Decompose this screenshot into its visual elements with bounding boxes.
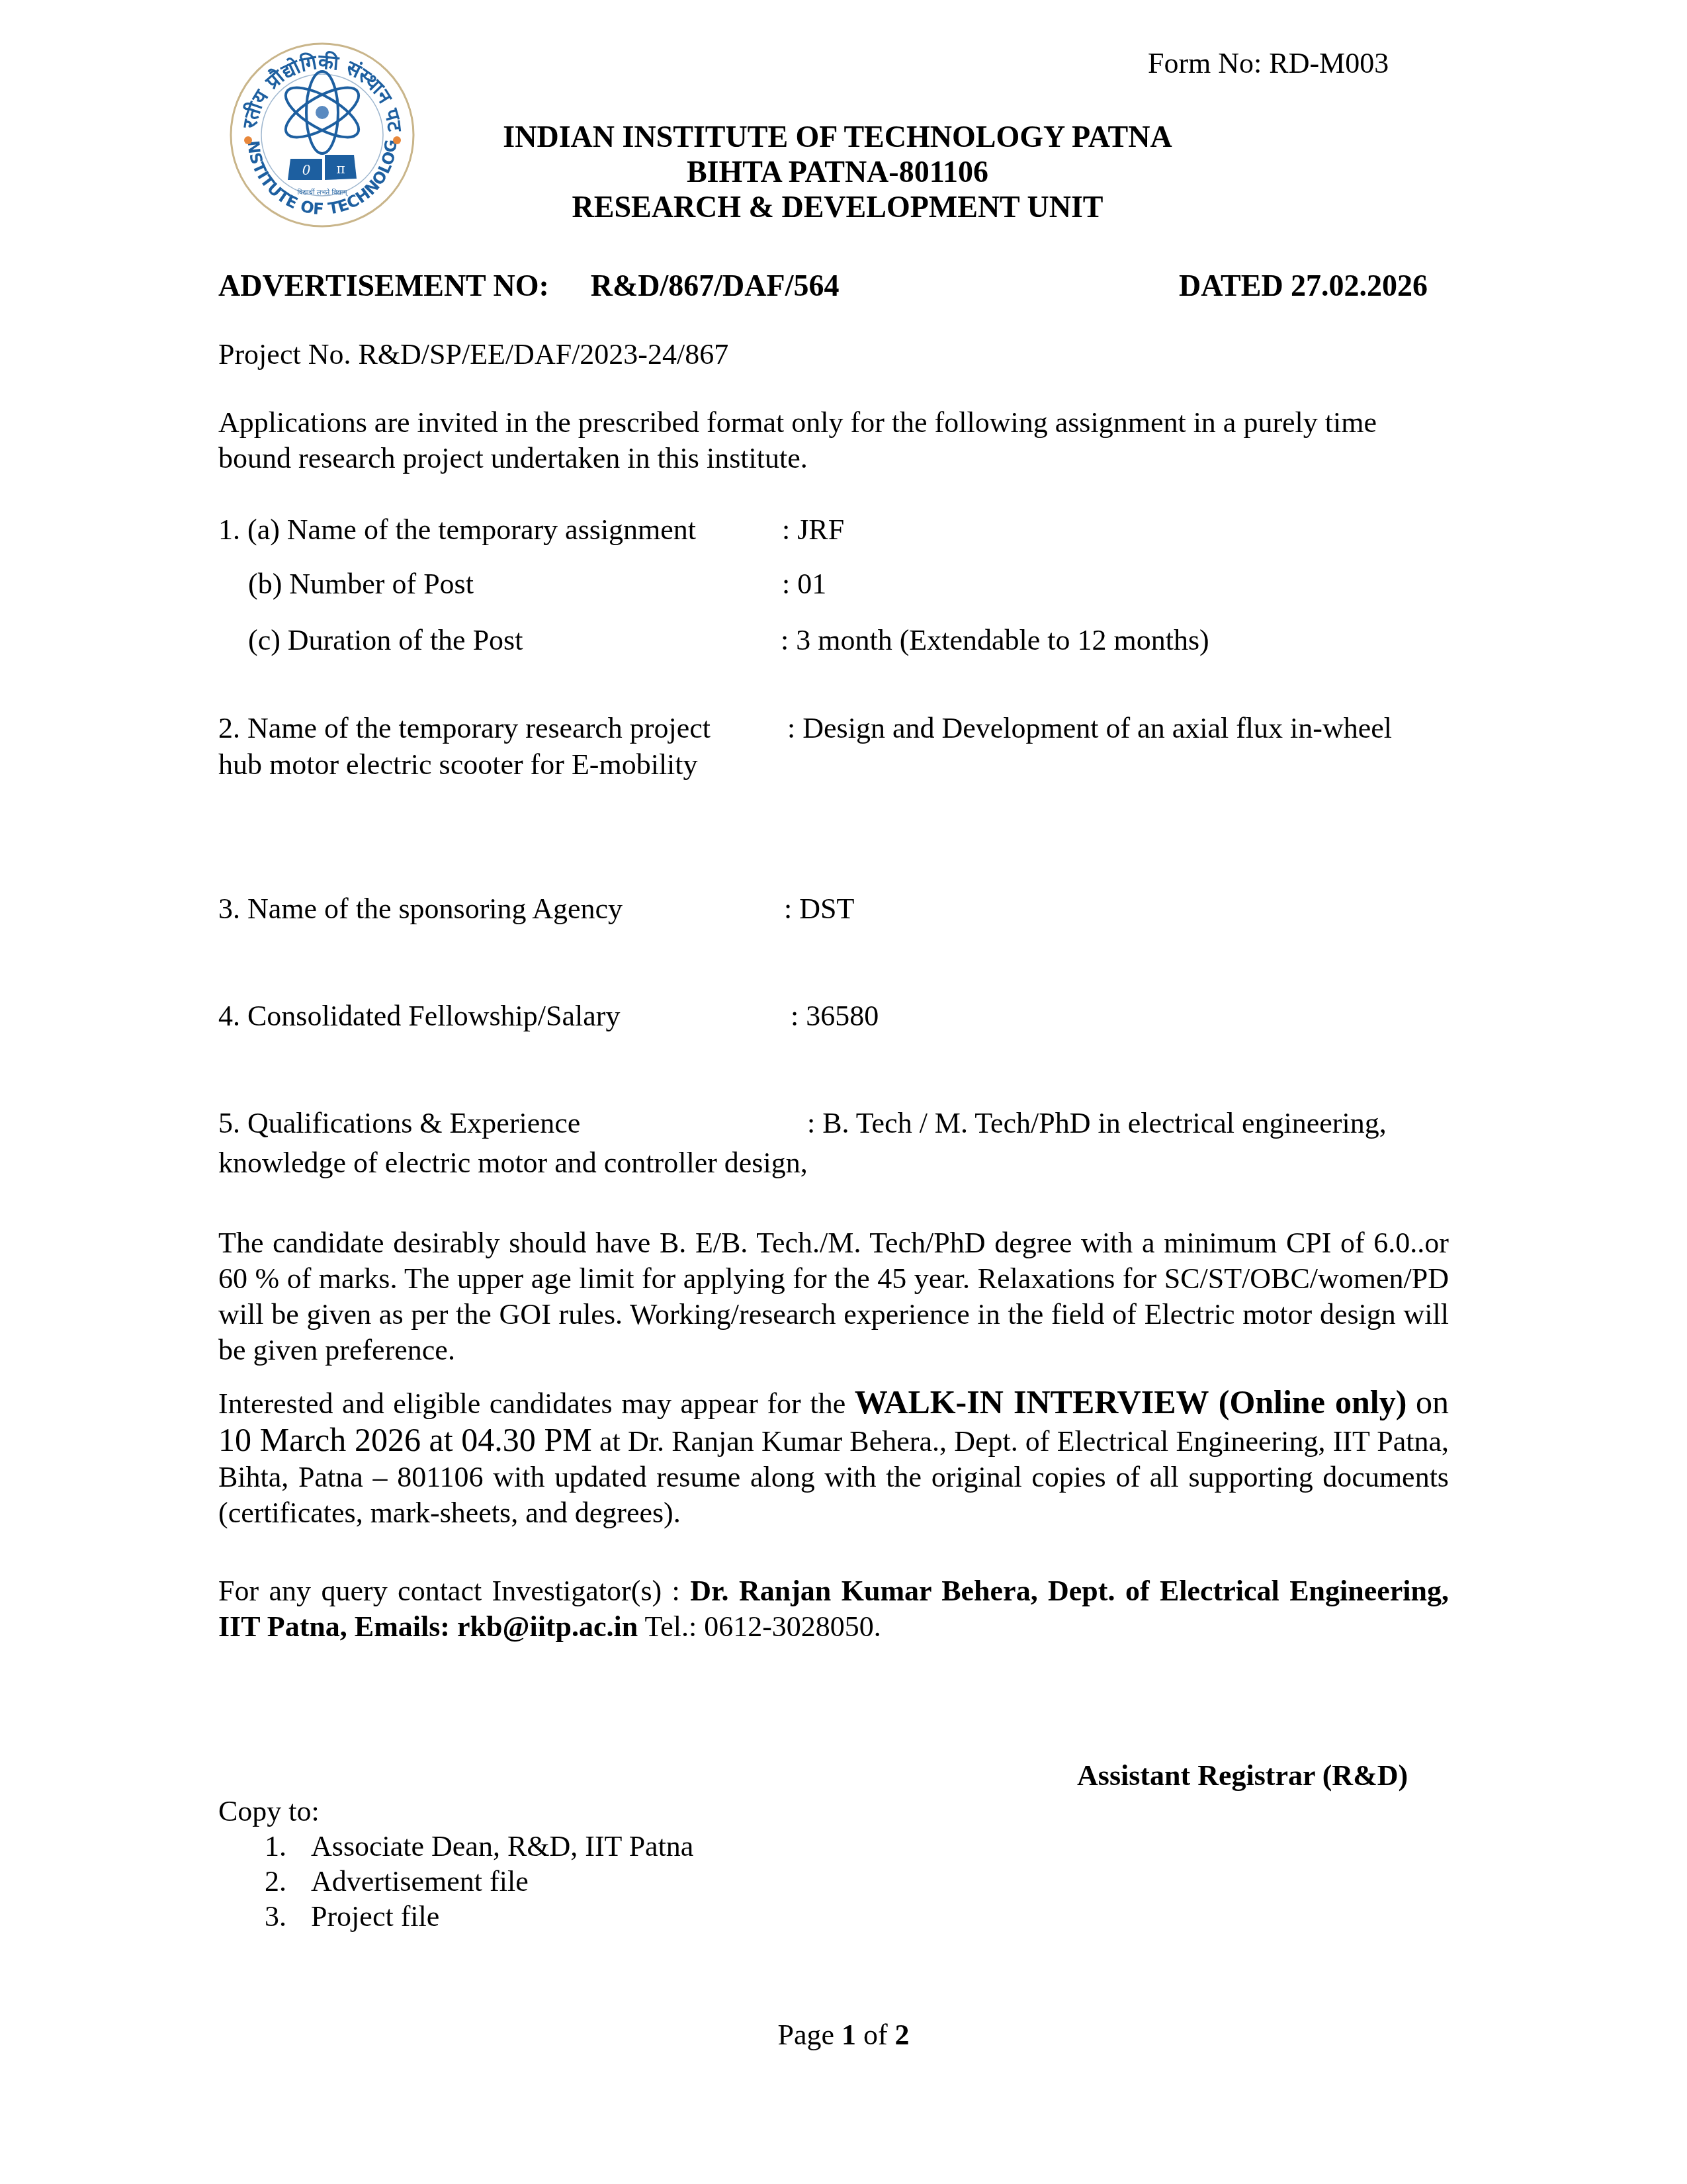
contact-telephone: Tel.: 0612-3028050. bbox=[638, 1610, 881, 1643]
salary-value: : 36580 bbox=[791, 999, 879, 1033]
copy-to-item-text: Project file bbox=[311, 1900, 439, 1933]
advertisement-date: DATED 27.02.2026 bbox=[1179, 268, 1428, 303]
project-name-value-continued: hub motor electric scooter for E-mobilit… bbox=[218, 748, 698, 781]
eligibility-paragraph: The candidate desirably should have B. E… bbox=[218, 1225, 1449, 1368]
institute-name: INDIAN INSTITUTE OF TECHNOLOGY PATNA bbox=[0, 119, 1687, 154]
page-current: 1 bbox=[842, 2019, 856, 2051]
unit-name-text: RESEARCH & DEVELOPMENT UNIT bbox=[572, 189, 1103, 224]
project-number: Project No. R&D/SP/EE/DAF/2023-24/867 bbox=[218, 337, 728, 371]
advertisement-label: ADVERTISEMENT NO: bbox=[218, 269, 549, 302]
sponsoring-agency-label: 3. Name of the sponsoring Agency bbox=[218, 892, 623, 926]
advertisement-number: ADVERTISEMENT NO: R&D/867/DAF/564 bbox=[218, 268, 839, 303]
walk-in-interview-highlight: WALK-IN INTERVIEW (Online only) bbox=[855, 1383, 1407, 1420]
copy-to-item: 1.Associate Dean, R&D, IIT Patna bbox=[265, 1829, 693, 1863]
copy-to-item-number: 3. bbox=[265, 1900, 311, 1933]
interview-paragraph: Interested and eligible candidates may a… bbox=[218, 1384, 1449, 1531]
signatory: Assistant Registrar (R&D) bbox=[1077, 1759, 1408, 1792]
institute-address: BIHTA PATNA-801106 bbox=[0, 154, 1687, 189]
number-of-post-label: (b) Number of Post bbox=[248, 567, 474, 601]
duration-value: : 3 month (Extendable to 12 months) bbox=[781, 623, 1209, 657]
form-number: Form No: RD-M003 bbox=[1148, 46, 1389, 80]
copy-to-item: 3.Project file bbox=[265, 1900, 439, 1933]
copy-to-item: 2.Advertisement file bbox=[265, 1864, 529, 1898]
institute-address-text: BIHTA PATNA-801106 bbox=[687, 154, 988, 189]
institute-name-text: INDIAN INSTITUTE OF TECHNOLOGY PATNA bbox=[503, 119, 1172, 154]
copy-to-item-text: Associate Dean, R&D, IIT Patna bbox=[311, 1830, 693, 1862]
duration-label: (c) Duration of the Post bbox=[248, 623, 523, 657]
copy-to-item-number: 1. bbox=[265, 1829, 311, 1863]
intro-paragraph: Applications are invited in the prescrib… bbox=[218, 405, 1449, 476]
assignment-name-label: 1. (a) Name of the temporary assignment bbox=[218, 513, 696, 546]
qualifications-value: : B. Tech / M. Tech/PhD in electrical en… bbox=[807, 1106, 1387, 1140]
advertisement-number-value: R&D/867/DAF/564 bbox=[591, 269, 840, 302]
page-mid: of bbox=[856, 2019, 895, 2051]
contact-prefix: For any query contact Investigator(s) : bbox=[218, 1575, 690, 1607]
unit-name: RESEARCH & DEVELOPMENT UNIT bbox=[0, 189, 1687, 224]
page-number: Page 1 of 2 bbox=[0, 2018, 1687, 2052]
project-name-label: 2. Name of the temporary research projec… bbox=[218, 711, 711, 745]
qualifications-label: 5. Qualifications & Experience bbox=[218, 1106, 580, 1140]
number-of-post-value: : 01 bbox=[782, 567, 826, 601]
sponsoring-agency-value: : DST bbox=[784, 892, 854, 926]
project-name-value: : Design and Development of an axial flu… bbox=[787, 711, 1392, 745]
interview-prefix: Interested and eligible candidates may a… bbox=[218, 1387, 855, 1420]
page-total: 2 bbox=[895, 2019, 910, 2051]
page-prefix: Page bbox=[777, 2019, 842, 2051]
assignment-name-value: : JRF bbox=[782, 513, 844, 546]
copy-to-item-text: Advertisement file bbox=[311, 1865, 529, 1898]
contact-paragraph: For any query contact Investigator(s) : … bbox=[218, 1573, 1449, 1645]
copy-to-item-number: 2. bbox=[265, 1864, 311, 1898]
qualifications-value-continued: knowledge of electric motor and controll… bbox=[218, 1146, 808, 1180]
salary-label: 4. Consolidated Fellowship/Salary bbox=[218, 999, 620, 1033]
copy-to-label: Copy to: bbox=[218, 1794, 320, 1828]
